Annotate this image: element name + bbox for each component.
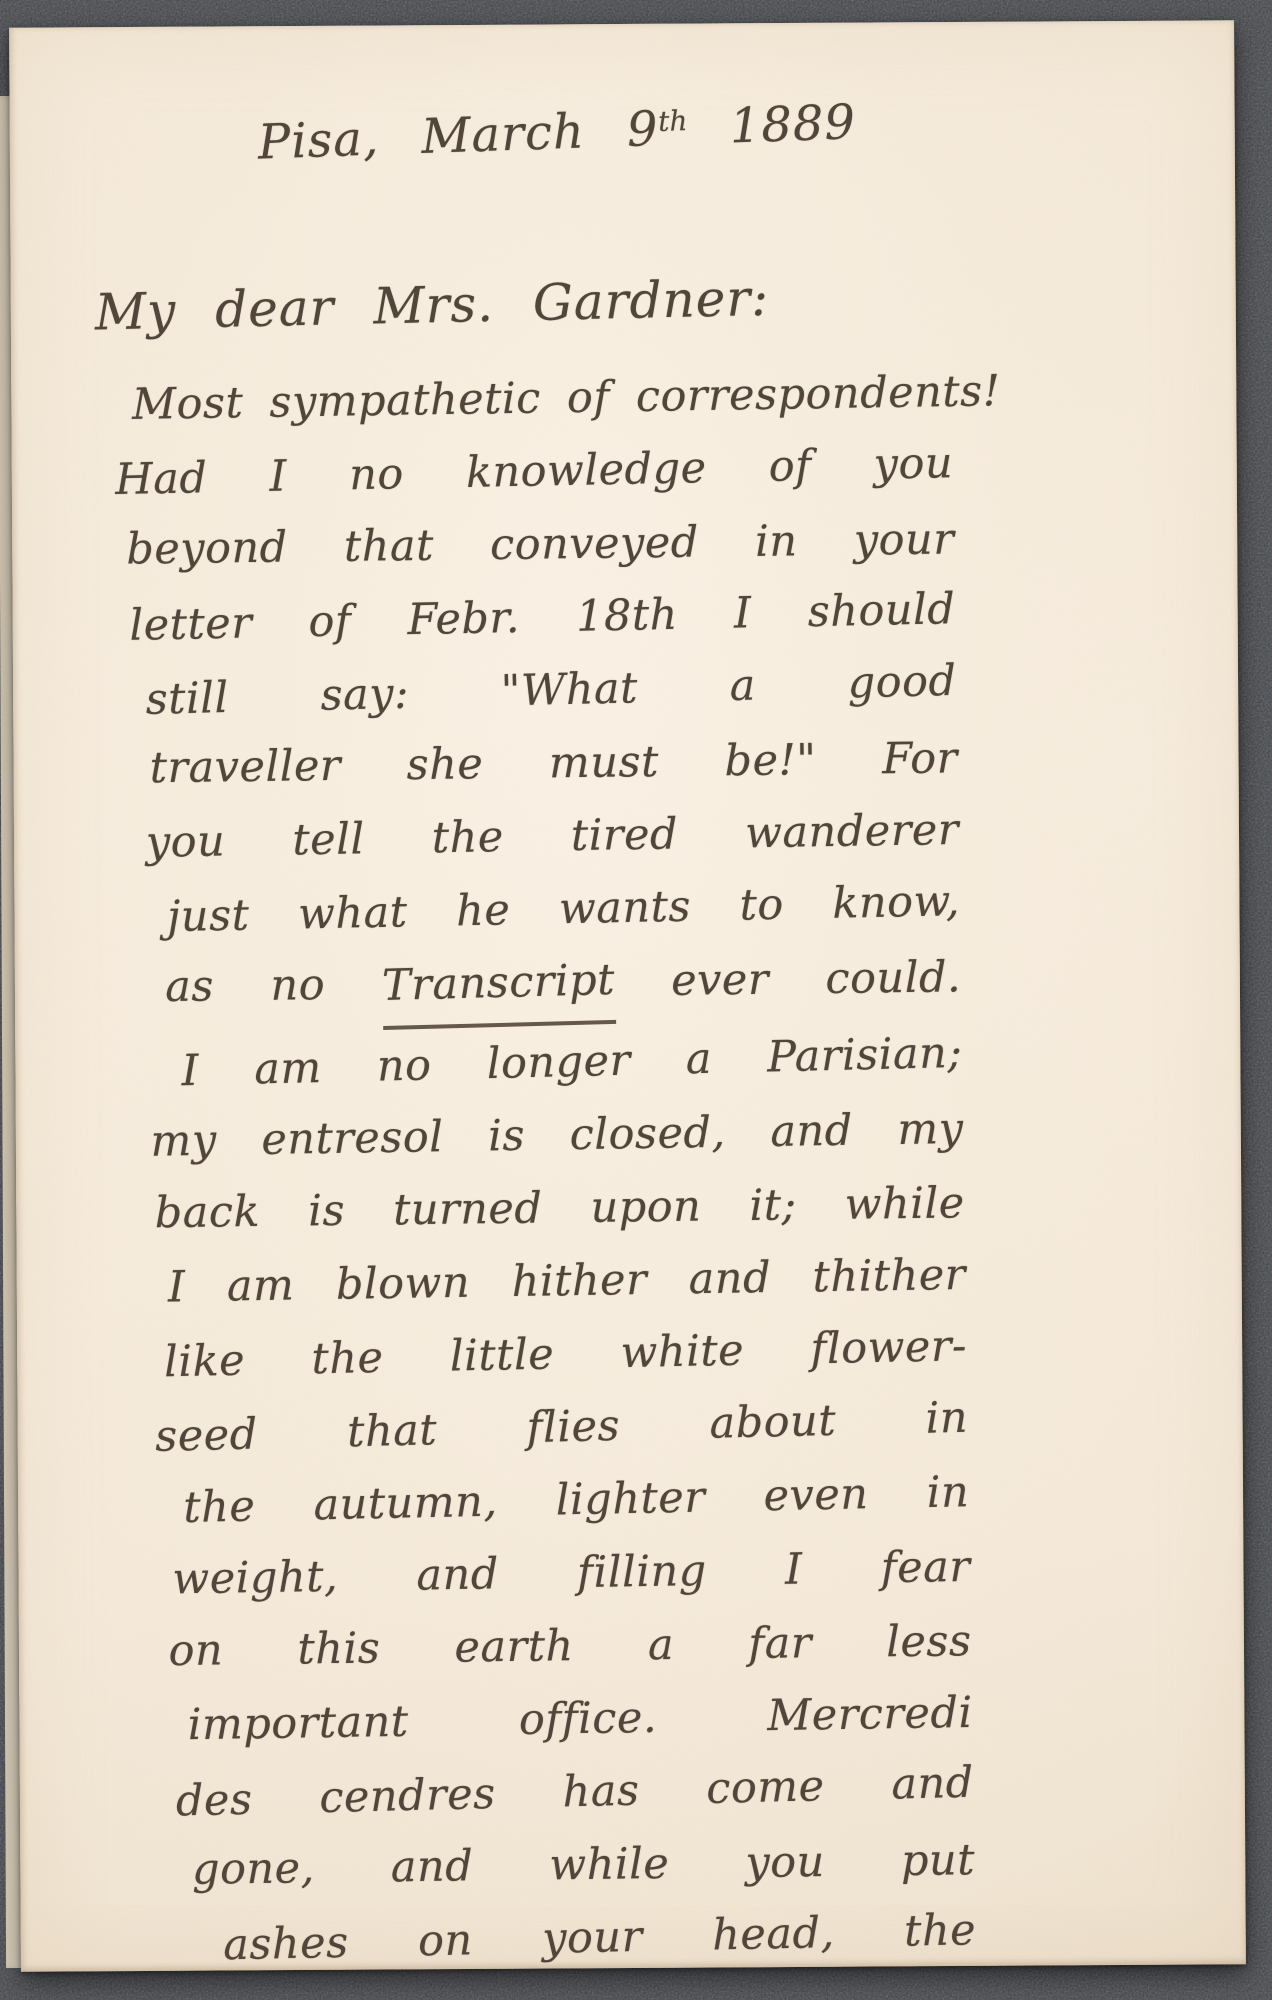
dateline-place-date: Pisa, March 9 xyxy=(257,101,659,171)
letter-line: just what he wants to know, xyxy=(166,865,960,954)
letter-line: beyond that conveyed in your xyxy=(126,503,955,586)
letter-line: back is turned upon it; while xyxy=(154,1167,965,1250)
dateline-ordinal: th xyxy=(658,104,688,138)
letter-body: Most sympathetic of correspondents! Had … xyxy=(113,356,976,1982)
underlined-word: Transcript xyxy=(381,944,616,1030)
letter-salutation: My dear Mrs. Gardner: xyxy=(94,268,769,343)
letter-line-transcript: as no Transcript ever could. xyxy=(165,941,962,1031)
letter-line: Had I no knowledge of you xyxy=(114,427,953,517)
dateline-year: 1889 xyxy=(729,94,857,154)
line-segment: ever could. xyxy=(671,952,962,1006)
letter-line: gone, and while you put xyxy=(192,1824,976,1907)
line-segment: as no xyxy=(165,960,326,1012)
letter-line: the autumn, lighter even in xyxy=(183,1456,970,1545)
letter-line: on this earth a far less xyxy=(168,1605,972,1688)
letter-line: traveller she must be!" For xyxy=(149,722,958,805)
letter-page: Pisa, March 9th 1889 My dear Mrs. Gardne… xyxy=(9,20,1246,1971)
photograph-scene: Pisa, March 9th 1889 My dear Mrs. Gardne… xyxy=(0,0,1272,2000)
letter-line: ashes on your head, the xyxy=(222,1894,976,1982)
letter-dateline: Pisa, March 9th 1889 xyxy=(257,86,857,171)
letter-line: weight, and filling I fear xyxy=(172,1531,971,1617)
